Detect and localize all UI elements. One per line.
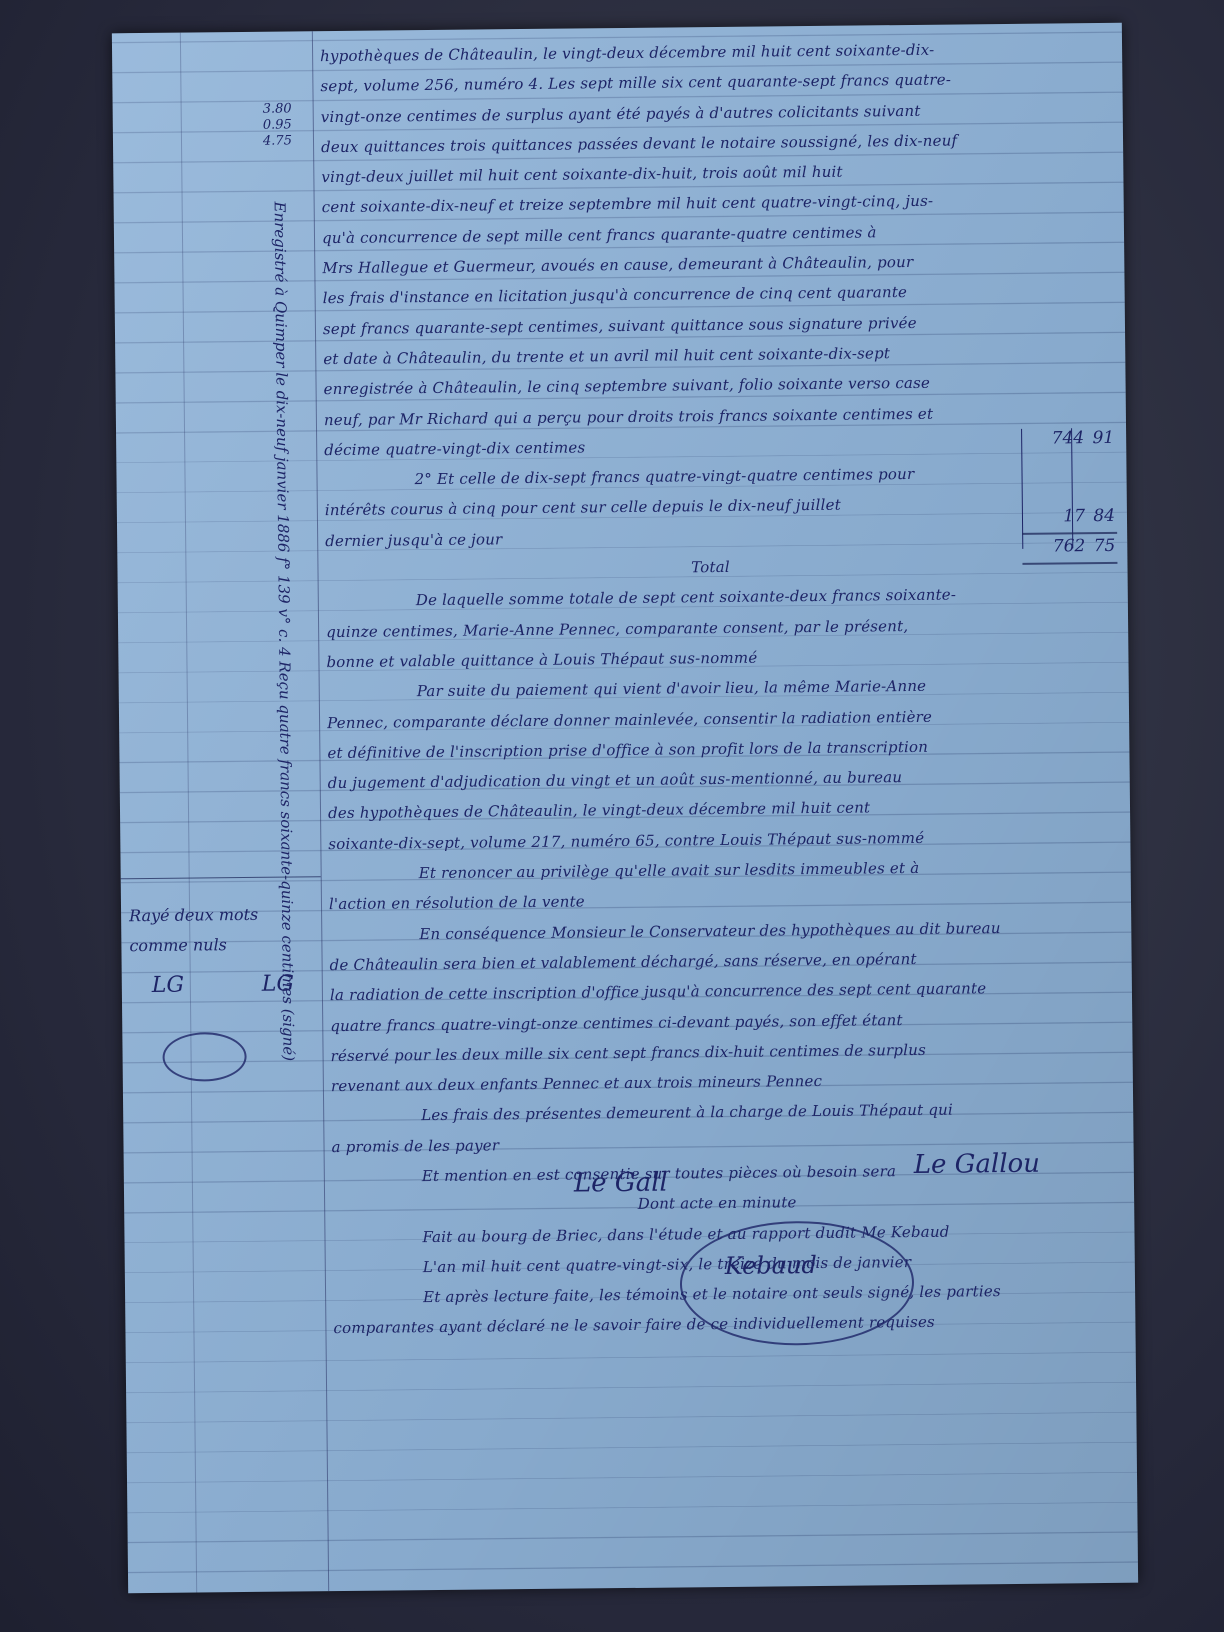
document-page: hypothèques de Châteaulin, le vingt-deux… (112, 23, 1138, 1593)
amount-centimes: 84 (1093, 506, 1115, 526)
signature-notary: Kebaud (725, 1251, 817, 1280)
document-body: hypothèques de Châteaulin, le vingt-deux… (320, 33, 1104, 1344)
initials: LG (262, 971, 294, 996)
fee-number: 4.75 (263, 133, 292, 149)
paraph-flourish (162, 1032, 247, 1082)
amount-francs: 762 (1053, 536, 1086, 556)
outer-margin-rule (180, 33, 197, 1593)
fee-number: 3.80 (263, 101, 292, 117)
correction-note: Rayé deux mots comme nuls (129, 899, 320, 961)
signature-witness: Le Gallou (914, 1149, 1041, 1180)
amount-francs: 744 (1052, 428, 1085, 448)
amount-francs: 17 (1063, 506, 1085, 526)
fee-number: 0.95 (263, 117, 292, 133)
registration-note: Enregistré à Quimper le dix-neuf janvier… (271, 201, 296, 901)
margin-fee-numbers: 3.80 0.95 4.75 (263, 101, 292, 149)
signature-witness: Le Gall (574, 1168, 668, 1199)
amount-centimes: 75 (1094, 536, 1116, 556)
initials: LG (152, 973, 184, 998)
amount-centimes: 91 (1092, 428, 1114, 448)
